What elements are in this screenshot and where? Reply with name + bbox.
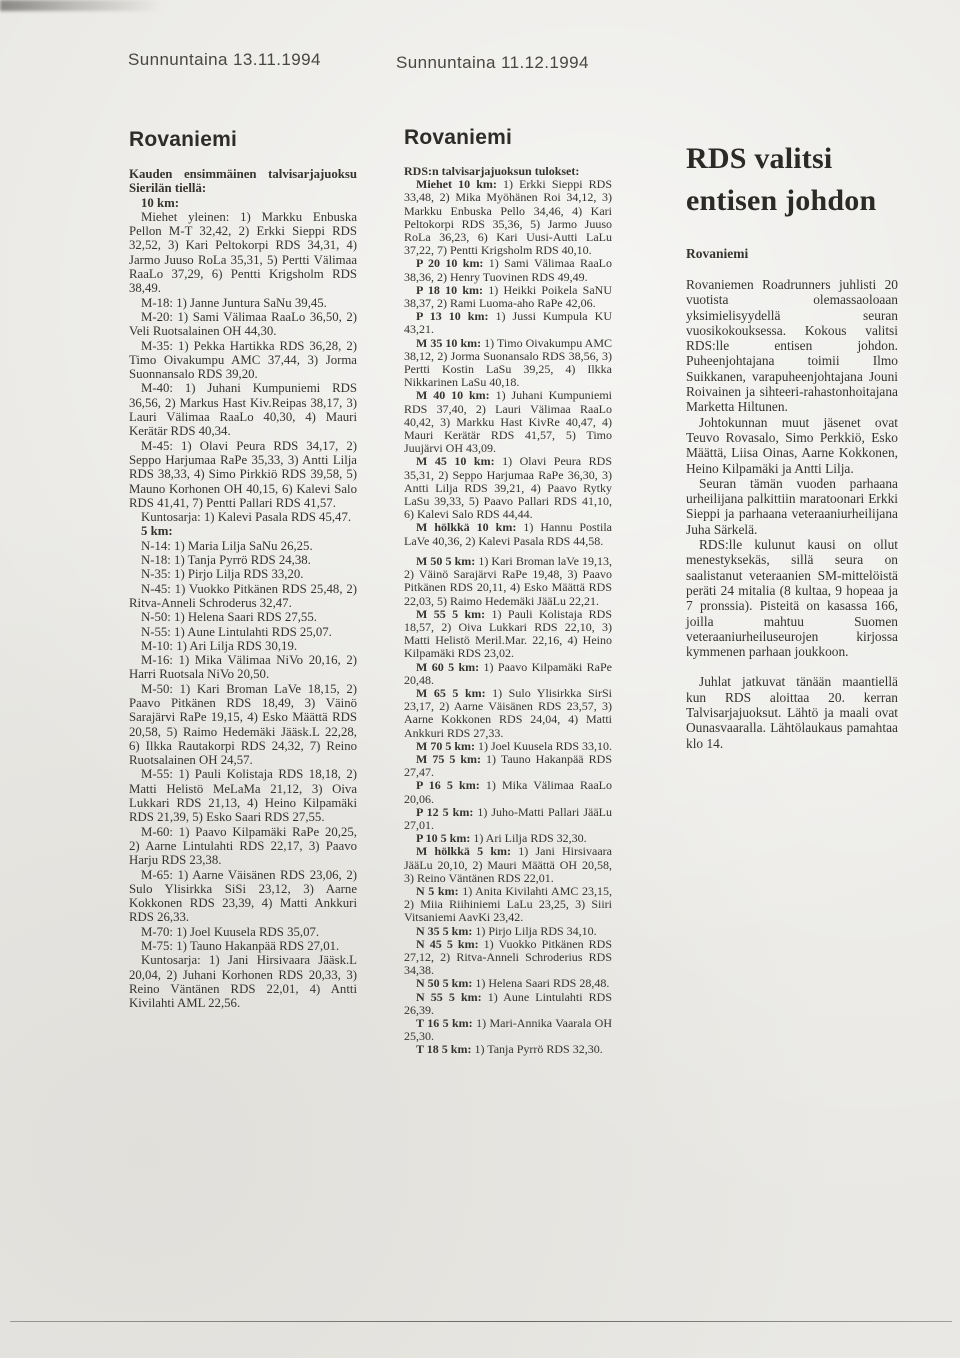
result-entry: M 60 5 km: 1) Paavo Kilpamäki RaPe 20,48…: [404, 661, 612, 687]
article-paragraph: Juhlat jatkuvat tänään maantiellä kun RD…: [686, 674, 898, 750]
results-group: M 50 5 km: 1) Kari Broman laVe 19,13, 2)…: [404, 555, 612, 1057]
result-entry: M hölkkä 5 km: 1) Jani Hirsivaara JääLu …: [404, 845, 612, 885]
result-class-label: M 55 5 km:: [416, 607, 485, 621]
result-class-label: T 18 5 km:: [416, 1042, 471, 1056]
result-class-label: M 75 5 km:: [416, 752, 481, 766]
result-class-label: N 35 5 km:: [416, 924, 472, 938]
result-entry: Kuntosarja: 1) Jani Hirsivaara Jääsk.L 2…: [129, 953, 357, 1010]
result-class-label: P 13 10 km:: [416, 309, 488, 323]
results-list: 10 km:Miehet yleinen: 1) Markku Enbuska …: [129, 196, 357, 1011]
result-entry: M-70: 1) Joel Kuusela RDS 35,07.: [129, 925, 357, 939]
result-entry: T 18 5 km: 1) Tanja Pyrrö RDS 32,30.: [404, 1043, 612, 1056]
distance-subhead: 10 km:: [129, 196, 357, 210]
result-entry: M 40 10 km: 1) Juhani Kumpuniemi RDS 37,…: [404, 389, 612, 455]
result-entry: N 5 km: 1) Anita Kivilahti AMC 23,15, 2)…: [404, 885, 612, 925]
result-class-label: M 40 10 km:: [416, 388, 490, 402]
result-entry: M 45 10 km: 1) Olavi Peura RDS 35,31, 2)…: [404, 455, 612, 521]
result-class-label: P 12 5 km:: [416, 805, 473, 819]
article-paragraph: Johtokunnan muut jäsenet ovat Teuvo Rova…: [686, 415, 898, 476]
city-heading: Rovaniemi: [404, 126, 612, 150]
results-body: Kauden ensimmäinen talvisarjajuoksu Sier…: [129, 167, 357, 1011]
result-class-label: N 55 5 km:: [416, 990, 482, 1004]
result-class-label: P 20 10 km:: [416, 256, 483, 270]
result-entry: M 75 5 km: 1) Tauno Hakanpää RDS 27,47.: [404, 753, 612, 779]
result-entry: N-14: 1) Maria Lilja SaNu 26,25.: [129, 539, 357, 553]
result-class-label: N 50 5 km:: [416, 976, 472, 990]
scanned-newspaper-page: { "colors": { "paper": "#e9e8e4", "ink":…: [0, 0, 960, 1358]
city-heading: Rovaniemi: [129, 128, 357, 152]
article-paragraph: RDS:lle kulunut kausi on ollut menestyks…: [686, 537, 898, 659]
result-entry: M hölkkä 10 km: 1) Hannu Postila LaVe 40…: [404, 521, 612, 547]
result-entry: T 16 5 km: 1) Mari-Annika Vaarala OH 25,…: [404, 1017, 612, 1043]
result-entry: M-60: 1) Paavo Kilpamäki RaPe 20,25, 2) …: [129, 825, 357, 868]
result-entry: M-35: 1) Pekka Hartikka RDS 36,28, 2) Ti…: [129, 339, 357, 382]
result-entry: M-55: 1) Pauli Kolistaja RDS 18,18, 2) M…: [129, 767, 357, 824]
result-class-label: P 10 5 km:: [416, 831, 470, 845]
result-entry: Kuntosarja: 1) Kalevi Pasala RDS 45,47.: [129, 510, 357, 524]
date-header-right: Sunnuntaina 11.12.1994: [396, 53, 589, 73]
result-class-label: M 70 5 km:: [416, 739, 475, 753]
result-class-label: M 60 5 km:: [416, 660, 479, 674]
result-entry: M-10: 1) Ari Lilja RDS 30,19.: [129, 639, 357, 653]
article-paragraph: Rovaniemen Roadrunners juhlisti 20 vuoti…: [686, 277, 898, 415]
result-entry: P 18 10 km: 1) Heikki Poikela SaNU 38,37…: [404, 284, 612, 310]
result-class-label: P 18 10 km:: [416, 283, 483, 297]
result-entry: N-18: 1) Tanja Pyrrö RDS 24,38.: [129, 553, 357, 567]
result-class-label: M hölkkä 10 km:: [416, 520, 516, 534]
result-entry: M-75: 1) Tauno Hakanpää RDS 27,01.: [129, 939, 357, 953]
results-intro: Kauden ensimmäinen talvisarjajuoksu Sier…: [129, 167, 357, 196]
result-entry: P 16 5 km: 1) Mika Välimaa RaaLo 20,06.: [404, 779, 612, 805]
page-bottom-rule: [10, 1321, 952, 1322]
result-entry: Miehet yleinen: 1) Markku Enbuska Pellon…: [129, 210, 357, 296]
date-header-left: Sunnuntaina 13.11.1994: [128, 50, 321, 70]
result-entry: M 50 5 km: 1) Kari Broman laVe 19,13, 2)…: [404, 555, 612, 608]
result-class-label: Miehet 10 km:: [416, 177, 497, 191]
article-dateline: Rovaniemi: [686, 246, 898, 262]
result-entry: Miehet 10 km: 1) Erkki Sieppi RDS 33,48,…: [404, 178, 612, 257]
result-entry: P 20 10 km: 1) Sami Välimaa RaaLo 38,36,…: [404, 257, 612, 283]
scan-artifact-top-left: [0, 0, 215, 11]
result-entry: P 13 10 km: 1) Jussi Kumpula KU 43,21.: [404, 310, 612, 336]
result-class-label: M 50 5 km:: [416, 554, 475, 568]
result-class-label: M 45 10 km:: [416, 454, 495, 468]
distance-subhead: 5 km:: [129, 524, 357, 538]
article-column: RDS valitsi entisen johdon Rovaniemi Rov…: [686, 138, 898, 751]
result-class-label: M hölkkä 5 km:: [416, 844, 511, 858]
result-entry: N-45: 1) Vuokko Pitkänen RDS 25,48, 2) R…: [129, 582, 357, 611]
results-column-first-race: Rovaniemi Kauden ensimmäinen talvisarjaj…: [129, 128, 357, 1011]
article-paragraph: Seuran tämän vuoden parhaana urheilijana…: [686, 476, 898, 537]
result-entry: M-20: 1) Sami Välimaa RaaLo 36,50, 2) Ve…: [129, 310, 357, 339]
result-entry: M-45: 1) Olavi Peura RDS 34,17, 2) Seppo…: [129, 439, 357, 510]
results-list: Miehet 10 km: 1) Erkki Sieppi RDS 33,48,…: [404, 178, 612, 1056]
result-entry: N 45 5 km: 1) Vuokko Pitkänen RDS 27,12,…: [404, 938, 612, 978]
result-entry: P 12 5 km: 1) Juho-Matti Pallari JääLu 2…: [404, 806, 612, 832]
result-entry: M 55 5 km: 1) Pauli Kolistaja RDS 18,57,…: [404, 608, 612, 661]
result-entry: M-40: 1) Juhani Kumpuniemi RDS 36,56, 2)…: [129, 381, 357, 438]
results-column-second-race: Rovaniemi RDS:n talvisarjajuoksun tuloks…: [404, 126, 612, 1057]
result-class-label: M 65 5 km:: [416, 686, 486, 700]
result-entry: N 55 5 km: 1) Aune Lintulahti RDS 26,39.: [404, 991, 612, 1017]
result-entry: M 65 5 km: 1) Sulo Ylisirkka SirSi 23,17…: [404, 687, 612, 740]
result-entry: N-50: 1) Helena Saari RDS 27,55.: [129, 610, 357, 624]
result-entry: M-65: 1) Aarne Väisänen RDS 23,06, 2) Su…: [129, 868, 357, 925]
result-class-label: N 5 km:: [416, 884, 459, 898]
result-entry: M-16: 1) Mika Välimaa NiVo 20,16, 2) Har…: [129, 653, 357, 682]
result-class-label: P 16 5 km:: [416, 778, 480, 792]
results-group: Miehet 10 km: 1) Erkki Sieppi RDS 33,48,…: [404, 178, 612, 548]
result-entry: M-50: 1) Kari Broman LaVe 18,15, 2) Paav…: [129, 682, 357, 768]
result-entry: M-18: 1) Janne Juntura SaNu 39,45.: [129, 296, 357, 310]
article-body: Rovaniemen Roadrunners juhlisti 20 vuoti…: [686, 277, 898, 751]
result-class-label: T 16 5 km:: [416, 1016, 473, 1030]
results-body: RDS:n talvisarjajuoksun tulokset: Miehet…: [404, 165, 612, 1057]
article-headline: RDS valitsi entisen johdon: [686, 138, 898, 222]
result-entry: N-35: 1) Pirjo Lilja RDS 33,20.: [129, 567, 357, 581]
result-entry: M 35 10 km: 1) Timo Oivakumpu AMC 38,12,…: [404, 337, 612, 390]
result-class-label: M 35 10 km:: [416, 336, 481, 350]
result-entry: N-55: 1) Aune Lintulahti RDS 25,07.: [129, 625, 357, 639]
result-class-label: N 45 5 km:: [416, 937, 479, 951]
